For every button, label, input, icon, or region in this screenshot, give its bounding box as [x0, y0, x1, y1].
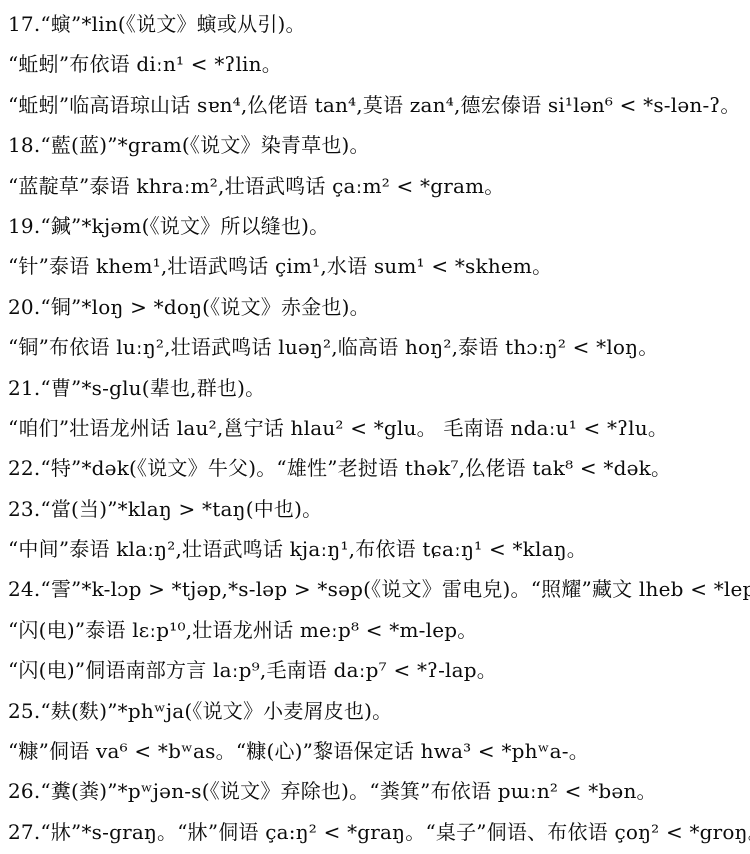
text-line: 25.“麸(麩)”*phʷja(《说文》小麦屑皮也)。 — [8, 691, 746, 731]
text-line: “蓝靛草”泰语 khraːm²,壮语武鸣话 çaːm² < *gram。 — [8, 166, 746, 206]
text-line: “咱们”壮语龙州话 lau²,邕宁话 hlau² < *glu。 毛南语 nda… — [8, 408, 746, 448]
text-line: “糠”侗语 va⁶ < *bʷas。“糠(心)”黎语保定话 hwa³ < *ph… — [8, 731, 746, 771]
text-line: “铜”布依语 luːŋ²,壮语武鸣话 luəŋ²,临高语 hoŋ²,泰语 thɔ… — [8, 327, 746, 367]
text-line: “针”泰语 khem¹,壮语武鸣话 çim¹,水语 sum¹ < *skhem。 — [8, 246, 746, 286]
text-line: 17.“螾”*lin(《说文》螾或从引)。 — [8, 4, 746, 44]
text-line: 22.“特”*dək(《说文》牛父)。“雄性”老挝语 thək⁷,仫佬语 tak… — [8, 448, 746, 488]
text-line: “中间”泰语 klaːŋ²,壮语武鸣话 kjaːŋ¹,布依语 tɕaːŋ¹ < … — [8, 529, 746, 569]
text-line: 18.“藍(蓝)”*gram(《说文》染青草也)。 — [8, 125, 746, 165]
text-line: 20.“铜”*loŋ > *doŋ(《说文》赤金也)。 — [8, 287, 746, 327]
text-line: “蚯蚓”布依语 diːn¹ < *ʔlin。 — [8, 44, 746, 84]
text-line: 26.“糞(粪)”*pʷjən-s(《说文》弃除也)。“粪箕”布依语 pɯːn²… — [8, 771, 746, 811]
text-line: 21.“曹”*s-glu(辈也,群也)。 — [8, 368, 746, 408]
text-lines: 17.“螾”*lin(《说文》螾或从引)。“蚯蚓”布依语 diːn¹ < *ʔl… — [8, 4, 746, 852]
text-line: “闪(电)”侗语南部方言 laːp⁹,毛南语 daːp⁷ < *ʔ-lap。 — [8, 650, 746, 690]
text-line: “闪(电)”泰语 lɛːp¹⁰,壮语龙州话 meːp⁸ < *m-lep。 — [8, 610, 746, 650]
text-line: 27.“牀”*s-graŋ。“牀”侗语 ça:ŋ² < *graŋ。“桌子”侗语… — [8, 812, 746, 852]
document-page: 17.“螾”*lin(《说文》螾或从引)。“蚯蚓”布依语 diːn¹ < *ʔl… — [0, 0, 750, 854]
text-line: “蚯蚓”临高语琼山话 sɐn⁴,仫佬语 tan⁴,莫语 zan⁴,德宏傣语 si… — [8, 85, 746, 125]
text-line: 23.“當(当)”*klaŋ > *taŋ(中也)。 — [8, 489, 746, 529]
text-line: 24.“霅”*k-lɔp > *tjəp,*s-ləp > *səp(《说文》雷… — [8, 569, 746, 609]
text-line: 19.“鍼”*kjəm(《说文》所以缝也)。 — [8, 206, 746, 246]
